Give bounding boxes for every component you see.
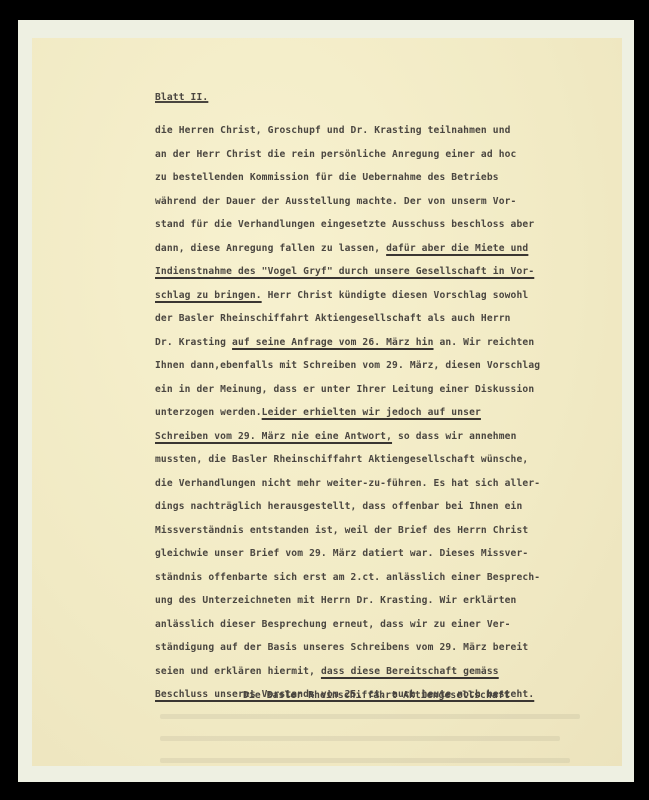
underlined-text: dafür aber die Miete und — [386, 243, 528, 254]
text-segment: zu bestellenden Kommission für die Ueber… — [155, 172, 499, 183]
text-line: Indienstnahme des "Vogel Gryf" durch uns… — [155, 265, 534, 279]
page-heading: Blatt II. — [155, 92, 208, 103]
text-segment: Missverständnis entstanden ist, weil der… — [155, 525, 528, 536]
text-line: ein in der Meinung, dass er unter Ihrer … — [155, 383, 534, 397]
text-line: Schreiben vom 29. März nie eine Antwort,… — [155, 430, 517, 444]
text-segment: dann, diese Anregung fallen zu lassen, — [155, 243, 386, 254]
text-segment: während der Dauer der Ausstellung machte… — [155, 196, 516, 207]
underlined-text: dass diese Bereitschaft gemäss — [321, 666, 499, 677]
underlined-text: schlag zu bringen. — [155, 290, 262, 301]
text-line: unterzogen werden.Leider erhielten wir j… — [155, 406, 481, 420]
underlined-text: Schreiben vom 29. März nie eine Antwort, — [155, 431, 392, 442]
text-line: Dr. Krasting auf seine Anfrage vom 26. M… — [155, 336, 534, 350]
text-segment: so dass wir annehmen — [392, 431, 516, 442]
text-line: ständigung auf der Basis unseres Schreib… — [155, 641, 528, 655]
text-segment: ständnis offenbarte sich erst am 2.ct. a… — [155, 572, 540, 583]
text-segment: an. Wir reichten — [434, 337, 535, 348]
text-line: schlag zu bringen. Herr Christ kündigte … — [155, 289, 528, 303]
text-segment: ung des Unterzeichneten mit Herrn Dr. Kr… — [155, 595, 516, 606]
text-line: Missverständnis entstanden ist, weil der… — [155, 524, 528, 538]
text-line: die Verhandlungen nicht mehr weiter-zu-f… — [155, 477, 540, 491]
signature-line: Die Basler Rheinschiffahrt Aktiengesells… — [243, 690, 510, 701]
text-segment: mussten, die Basler Rheinschiffahrt Akti… — [155, 454, 528, 465]
text-line: während der Dauer der Ausstellung machte… — [155, 195, 516, 209]
text-line: seien und erklären hiermit, dass diese B… — [155, 665, 499, 679]
text-segment: der Basler Rheinschiffahrt Aktiengesells… — [155, 313, 511, 324]
text-line: dings nachträglich herausgestellt, dass … — [155, 500, 522, 514]
text-segment: stand für die Verhandlungen eingesetzte … — [155, 219, 534, 230]
text-line: anlässlich dieser Besprechung erneut, da… — [155, 618, 511, 632]
underlined-text: auf seine Anfrage vom 26. März hin — [232, 337, 433, 348]
text-segment: Herr Christ kündigte diesen Vorschlag so… — [262, 290, 529, 301]
text-segment: unterzogen werden. — [155, 407, 262, 418]
text-line: ung des Unterzeichneten mit Herrn Dr. Kr… — [155, 594, 516, 608]
text-line: stand für die Verhandlungen eingesetzte … — [155, 218, 534, 232]
text-segment: Dr. Krasting — [155, 337, 232, 348]
text-segment: die Herren Christ, Groschupf und Dr. Kra… — [155, 125, 511, 136]
text-line: gleichwie unser Brief vom 29. März datie… — [155, 547, 528, 561]
text-segment: anlässlich dieser Besprechung erneut, da… — [155, 619, 511, 630]
text-segment: ein in der Meinung, dass er unter Ihrer … — [155, 384, 534, 395]
text-line: an der Herr Christ die rein persönliche … — [155, 148, 516, 162]
text-segment: die Verhandlungen nicht mehr weiter-zu-f… — [155, 478, 540, 489]
text-line: mussten, die Basler Rheinschiffahrt Akti… — [155, 453, 528, 467]
text-segment: seien und erklären hiermit, — [155, 666, 321, 677]
text-segment: dings nachträglich herausgestellt, dass … — [155, 501, 522, 512]
text-line: zu bestellenden Kommission für die Ueber… — [155, 171, 499, 185]
text-segment: Ihnen dann,ebenfalls mit Schreiben vom 2… — [155, 360, 540, 371]
text-line: Ihnen dann,ebenfalls mit Schreiben vom 2… — [155, 359, 540, 373]
underlined-text: Indienstnahme des "Vogel Gryf" durch uns… — [155, 266, 534, 277]
text-segment: gleichwie unser Brief vom 29. März datie… — [155, 548, 528, 559]
text-line: die Herren Christ, Groschupf und Dr. Kra… — [155, 124, 511, 138]
underlined-text: Leider erhielten wir jedoch auf unser — [262, 407, 481, 418]
text-segment: an der Herr Christ die rein persönliche … — [155, 149, 516, 160]
text-line: ständnis offenbarte sich erst am 2.ct. a… — [155, 571, 540, 585]
text-segment: ständigung auf der Basis unseres Schreib… — [155, 642, 528, 653]
text-line: dann, diese Anregung fallen zu lassen, d… — [155, 242, 528, 256]
text-line: der Basler Rheinschiffahrt Aktiengesells… — [155, 312, 511, 326]
